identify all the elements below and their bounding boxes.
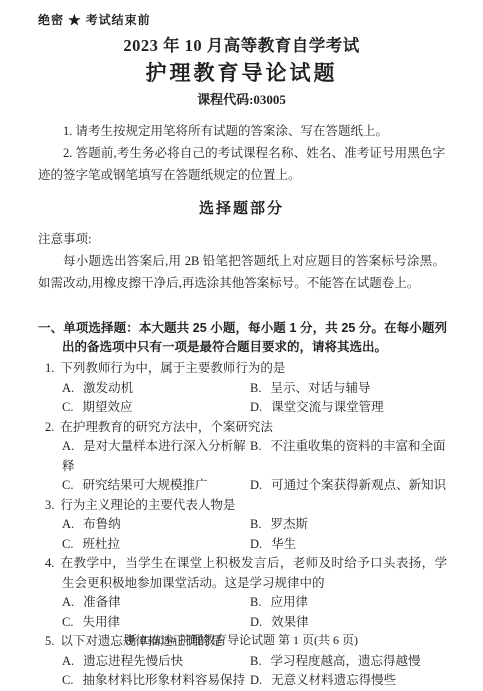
question-number: 1. (45, 361, 54, 375)
option-label: D. (250, 478, 262, 492)
option-label: B. (250, 439, 261, 453)
notice-text: 每小题选出答案后,用 2B 铅笔把答题纸上对应题目的答案标号涂黑。如需改动,用橡… (38, 250, 445, 294)
instruction-item-2: 2. 答题前,考生务必将自己的考试课程名称、姓名、准考证号用黑色字迹的签字笔或钢… (38, 142, 445, 186)
question-stem: 2.在护理教育的研究方法中，个案研究法 (45, 418, 447, 438)
exam-title: 2023 年 10 月高等教育自学考试 (0, 35, 483, 57)
option-a: A.布鲁纳 (62, 515, 250, 535)
option-text: 课堂交流与课堂管理 (271, 400, 384, 414)
option-label: B. (250, 517, 261, 531)
option-a: A.遗忘进程先慢后快 (62, 652, 250, 672)
option-label: C. (62, 537, 73, 551)
option-label: C. (62, 673, 73, 687)
question-options: A.激发动机 B.呈示、对话与辅导 C.期望效应 D.课堂交流与课堂管理 (62, 379, 447, 418)
option-a: A.激发动机 (62, 379, 250, 399)
question-number: 2. (45, 420, 54, 434)
option-label: A. (62, 595, 74, 609)
question-options: A.是对大量样本进行深入分析解释 B.不注重收集的资料的丰富和全面 C.研究结果… (62, 437, 447, 496)
option-text: 抽象材料比形象材料容易保持 (82, 673, 245, 687)
option-label: C. (62, 400, 73, 414)
option-c: C.班杜拉 (62, 535, 250, 555)
option-text: 激发动机 (83, 381, 133, 395)
option-text: 研究结果可大规模推广 (82, 478, 207, 492)
option-d: D.课堂交流与课堂管理 (250, 398, 447, 418)
question-number: 4. (45, 556, 54, 570)
option-a: A.是对大量样本进行深入分析解释 (62, 437, 250, 476)
option-b: B.呈示、对话与辅导 (250, 379, 447, 399)
option-b: B.学习程度越高，遗忘得越慢 (250, 652, 447, 672)
option-d: D.可通过个案获得新观点、新知识 (250, 476, 447, 496)
option-label: C. (62, 478, 73, 492)
option-text: 罗杰斯 (270, 517, 308, 531)
part-one-heading: 一、单项选择题：本大题共 25 小题，每小题 1 分，共 25 分。在每小题列出… (38, 319, 447, 357)
option-label: D. (250, 673, 262, 687)
question-stem: 4.在教学中，当学生在课堂上积极发言后，老师及时给予口头表扬，学生会更积极地参加… (45, 554, 447, 593)
paper-title: 护理教育导论试题 (0, 61, 483, 87)
question-options: A.遗忘进程先慢后快 B.学习程度越高，遗忘得越慢 C.抽象材料比形象材料容易保… (62, 652, 447, 691)
option-text: 可通过个案获得新观点、新知识 (271, 478, 446, 492)
classification-banner: 绝密 ★ 考试结束前 (38, 12, 445, 28)
question-number: 3. (45, 498, 54, 512)
option-label: B. (250, 595, 261, 609)
option-text: 准备律 (83, 595, 121, 609)
question-stem: 3.行为主义理论的主要代表人物是 (45, 496, 447, 516)
instructions-block: 1. 请考生按规定用笔将所有试题的答案涂、写在答题纸上。 2. 答题前,考生务必… (38, 120, 445, 186)
notice-block: 注意事项: 每小题选出答案后,用 2B 铅笔把答题纸上对应题目的答案标号涂黑。如… (38, 228, 445, 294)
option-label: B. (250, 381, 261, 395)
option-d: D.华生 (250, 535, 447, 555)
option-b: B.应用律 (250, 593, 447, 613)
option-label: A. (62, 439, 74, 453)
question-text: 在教学中，当学生在课堂上积极发言后，老师及时给予口头表扬，学生会更积极地参加课堂… (60, 556, 447, 590)
instruction-item-1: 1. 请考生按规定用笔将所有试题的答案涂、写在答题纸上。 (38, 120, 445, 142)
option-b: B.罗杰斯 (250, 515, 447, 535)
option-label: B. (250, 654, 261, 668)
question-text: 在护理教育的研究方法中，个案研究法 (60, 420, 273, 434)
option-text: 布鲁纳 (83, 517, 121, 531)
option-b: B.不注重收集的资料的丰富和全面 (250, 437, 447, 476)
option-label: C. (62, 615, 73, 629)
option-text: 效果律 (271, 615, 309, 629)
question-3: 3.行为主义理论的主要代表人物是 A.布鲁纳 B.罗杰斯 C.班杜拉 D.华生 (45, 496, 447, 555)
question-options: A.布鲁纳 B.罗杰斯 C.班杜拉 D.华生 (62, 515, 447, 554)
question-stem: 1.下列教师行为中，属于主要教师行为的是 (45, 359, 447, 379)
option-text: 是对大量样本进行深入分析解释 (62, 439, 246, 473)
question-options: A.准备律 B.应用律 C.失用律 D.效果律 (62, 593, 447, 632)
option-text: 期望效应 (82, 400, 132, 414)
option-text: 不注重收集的资料的丰富和全面 (270, 439, 445, 453)
course-code: 课程代码:03005 (0, 91, 483, 108)
question-1: 1.下列教师行为中，属于主要教师行为的是 A.激发动机 B.呈示、对话与辅导 C… (45, 359, 447, 418)
notice-label: 注意事项: (38, 228, 445, 250)
option-c: C.失用律 (62, 613, 250, 633)
option-d: D.无意义材料遗忘得慢些 (250, 671, 447, 691)
page-footer: 浙 03005# 护理教育导论试题 第 1 页(共 6 页) (0, 632, 483, 648)
option-label: A. (62, 654, 74, 668)
question-text: 行为主义理论的主要代表人物是 (60, 498, 235, 512)
option-text: 班杜拉 (82, 537, 120, 551)
option-a: A.准备律 (62, 593, 250, 613)
option-text: 呈示、对话与辅导 (270, 381, 370, 395)
option-c: C.期望效应 (62, 398, 250, 418)
option-text: 华生 (271, 537, 296, 551)
option-text: 学习程度越高，遗忘得越慢 (270, 654, 420, 668)
exam-paper-page: 绝密 ★ 考试结束前 2023 年 10 月高等教育自学考试 护理教育导论试题 … (0, 0, 483, 691)
option-c: C.研究结果可大规模推广 (62, 476, 250, 496)
option-label: A. (62, 517, 74, 531)
question-text: 下列教师行为中，属于主要教师行为的是 (60, 361, 285, 375)
option-text: 遗忘进程先慢后快 (83, 654, 183, 668)
option-d: D.效果律 (250, 613, 447, 633)
option-label: A. (62, 381, 74, 395)
option-c: C.抽象材料比形象材料容易保持 (62, 671, 250, 691)
section-heading: 选择题部分 (0, 199, 483, 219)
question-4: 4.在教学中，当学生在课堂上积极发言后，老师及时给予口头表扬，学生会更积极地参加… (45, 554, 447, 632)
question-2: 2.在护理教育的研究方法中，个案研究法 A.是对大量样本进行深入分析解释 B.不… (45, 418, 447, 496)
option-label: D. (250, 400, 262, 414)
option-text: 无意义材料遗忘得慢些 (271, 673, 396, 687)
option-text: 失用律 (82, 615, 120, 629)
option-label: D. (250, 615, 262, 629)
option-label: D. (250, 537, 262, 551)
option-text: 应用律 (270, 595, 308, 609)
